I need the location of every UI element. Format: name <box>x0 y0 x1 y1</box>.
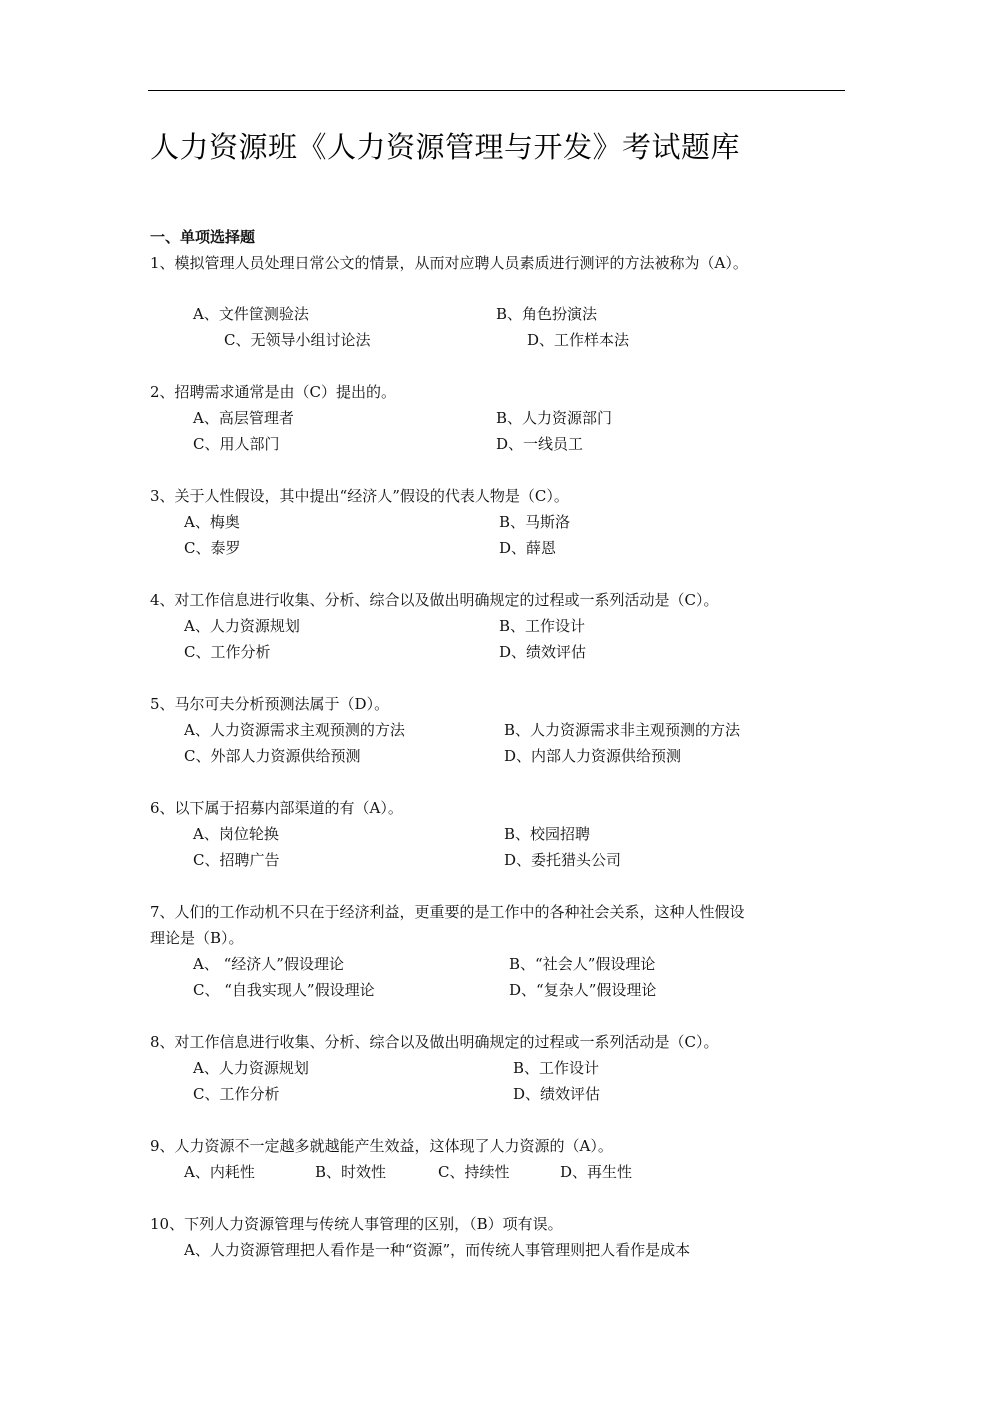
option-d: D、薛恩 <box>499 537 556 559</box>
option-a: A、文件筐测验法 <box>193 303 309 325</box>
option-d: D、绩效评估 <box>513 1083 600 1105</box>
option-c: C、无领导小组讨论法 <box>224 329 370 351</box>
option-c: C、用人部门 <box>193 433 279 455</box>
section-heading: 一、单项选择题 <box>150 226 255 248</box>
question-text: 4、对工作信息进行收集、分析、综合以及做出明确规定的过程或一系列活动是（C）。 <box>150 589 719 611</box>
question-text: 3、关于人性假设，其中提出“经济人”假设的代表人物是（C）。 <box>150 485 569 507</box>
question-text-line2: 理论是（B）。 <box>150 927 244 949</box>
document-title: 人力资源班《人力资源管理与开发》考试题库 <box>150 128 740 166</box>
option-c: C、外部人力资源供给预测 <box>184 745 360 767</box>
option-b: B、角色扮演法 <box>496 303 597 325</box>
question-text: 10、下列人力资源管理与传统人事管理的区别，（B）项有误。 <box>150 1213 563 1235</box>
option-b: B、马斯洛 <box>499 511 570 533</box>
option-c: C、工作分析 <box>193 1083 279 1105</box>
option-d: D、内部人力资源供给预测 <box>504 745 681 767</box>
option-b: B、工作设计 <box>499 615 585 637</box>
option-b: B、时效性 <box>315 1161 386 1183</box>
option-a: A、人力资源需求主观预测的方法 <box>184 719 405 741</box>
option-d: D、绩效评估 <box>499 641 586 663</box>
option-b: B、人力资源部门 <box>496 407 612 429</box>
option-c: C、招聘广告 <box>193 849 279 871</box>
question-text: 8、对工作信息进行收集、分析、综合以及做出明确规定的过程或一系列活动是（C）。 <box>150 1031 719 1053</box>
option-b: B、校园招聘 <box>504 823 590 845</box>
question-text: 1、模拟管理人员处理日常公文的情景，从而对应聘人员素质进行测评的方法被称为（A）… <box>150 252 748 274</box>
option-c: C、泰罗 <box>184 537 240 559</box>
option-b: B、工作设计 <box>513 1057 599 1079</box>
option-b: B、“社会人”假设理论 <box>509 953 655 975</box>
option-d: D、一线员工 <box>496 433 583 455</box>
option-c: C、工作分析 <box>184 641 270 663</box>
option-c: C、持续性 <box>438 1161 509 1183</box>
question-text: 5、马尔可夫分析预测法属于（D）。 <box>150 693 389 715</box>
question-text: 6、以下属于招募内部渠道的有（A）。 <box>150 797 403 819</box>
question-text: 2、招聘需求通常是由（C）提出的。 <box>150 381 396 403</box>
option-a: A、人力资源规划 <box>184 615 300 637</box>
option-a: A、人力资源规划 <box>193 1057 309 1079</box>
option-a: A、岗位轮换 <box>193 823 279 845</box>
option-a: A、梅奥 <box>184 511 240 533</box>
option-a: A、内耗性 <box>184 1161 255 1183</box>
header-rule <box>148 90 845 91</box>
option-d: D、工作样本法 <box>527 329 629 351</box>
option-d: D、委托猎头公司 <box>504 849 621 871</box>
question-text-line1: 7、人们的工作动机不只在于经济利益，更重要的是工作中的各种社会关系，这种人性假设 <box>150 901 745 923</box>
option-a: A、人力资源管理把人看作是一种“资源”，而传统人事管理则把人看作是成本 <box>184 1239 690 1261</box>
option-d: D、再生性 <box>560 1161 632 1183</box>
option-b: B、人力资源需求非主观预测的方法 <box>504 719 740 741</box>
question-text: 9、人力资源不一定越多就越能产生效益，这体现了人力资源的（A）。 <box>150 1135 613 1157</box>
option-a: A、高层管理者 <box>193 407 294 429</box>
option-a: A、 “经济人”假设理论 <box>193 953 344 975</box>
option-d: D、“复杂人”假设理论 <box>509 979 656 1001</box>
option-c: C、 “自我实现人”假设理论 <box>193 979 375 1001</box>
